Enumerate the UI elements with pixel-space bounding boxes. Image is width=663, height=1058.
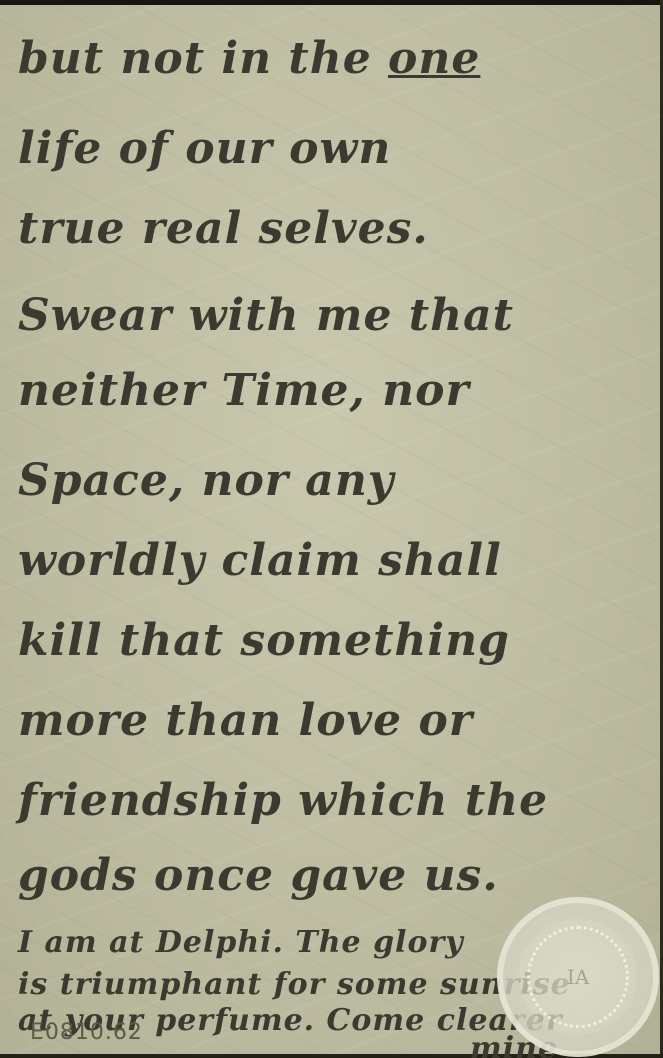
letter-line-13: is triumphant for some sunrise	[18, 967, 571, 1002]
letter-line-1: but not in the one	[18, 33, 480, 84]
letter-line-12: I am at Delphi. The glory	[18, 925, 464, 960]
seal-emblem-icon: ΙΑ	[527, 926, 629, 1028]
archive-number: E0810.62	[30, 1020, 143, 1045]
letter-line-3: true real selves.	[18, 203, 429, 254]
letter-line-8: kill that something	[18, 615, 510, 666]
letter-line-5: neither Time, nor	[18, 365, 470, 416]
archive-seal-stamp: ΙΑ	[497, 897, 659, 1057]
letter-line-9: more than love or	[18, 695, 473, 746]
letter-line-10: friendship which the	[18, 775, 548, 826]
letter-line-1-text: but not in the one	[18, 33, 480, 84]
underlined-word: one	[388, 33, 480, 84]
letter-line-2: life of our own	[18, 123, 391, 174]
letter-line-7: worldly claim shall	[18, 535, 502, 586]
letter-line-6: Space, nor any	[18, 455, 394, 506]
letter-page: but not in the one life of our own true …	[0, 5, 660, 1054]
letter-line-4: Swear with me that	[18, 290, 514, 341]
letter-line-11: gods once gave us.	[18, 850, 499, 901]
